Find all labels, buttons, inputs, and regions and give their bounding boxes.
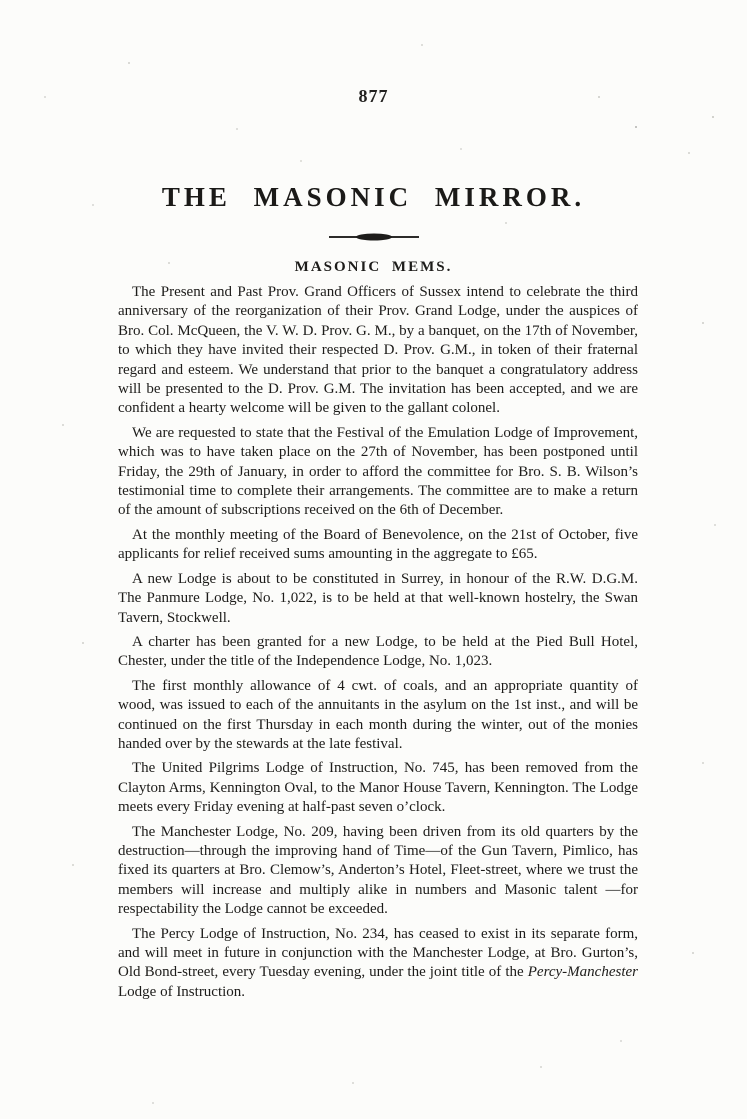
paragraph-board-of-benevolence: At the monthly meeting of the Board of B… xyxy=(118,526,638,565)
scan-noise-artifacts xyxy=(0,0,2,2)
ornamental-divider-rule xyxy=(329,236,419,238)
paragraph-united-pilgrims: The United Pilgrims Lodge of Instruction… xyxy=(118,759,638,817)
lodge-name-italic: Percy-Manchester xyxy=(528,964,638,980)
section-heading: MASONIC MEMS. xyxy=(0,259,747,276)
percy-paragraph-tail: Lodge of Instruction. xyxy=(118,984,245,1000)
paragraph-sussex-banquet: The Present and Past Prov. Grand Officer… xyxy=(118,283,638,419)
paragraph-percy-lodge: The Percy Lodge of Instruction, No. 234,… xyxy=(118,925,638,1003)
paragraph-independence-lodge: A charter has been granted for a new Lod… xyxy=(118,633,638,672)
paragraph-emulation-festival: We are requested to state that the Festi… xyxy=(118,424,638,521)
page-number: 877 xyxy=(0,86,747,107)
article-body: The Present and Past Prov. Grand Officer… xyxy=(118,283,638,1002)
paragraph-coal-allowance: The first monthly allowance of 4 cwt. of… xyxy=(118,677,638,755)
paragraph-manchester-lodge: The Manchester Lodge, No. 209, having be… xyxy=(118,823,638,920)
paragraph-panmure-lodge: A new Lodge is about to be constituted i… xyxy=(118,570,638,628)
publication-title: THE MASONIC MIRROR. xyxy=(0,182,747,213)
document-page: 877 THE MASONIC MIRROR. MASONIC MEMS. Th… xyxy=(0,0,747,1119)
